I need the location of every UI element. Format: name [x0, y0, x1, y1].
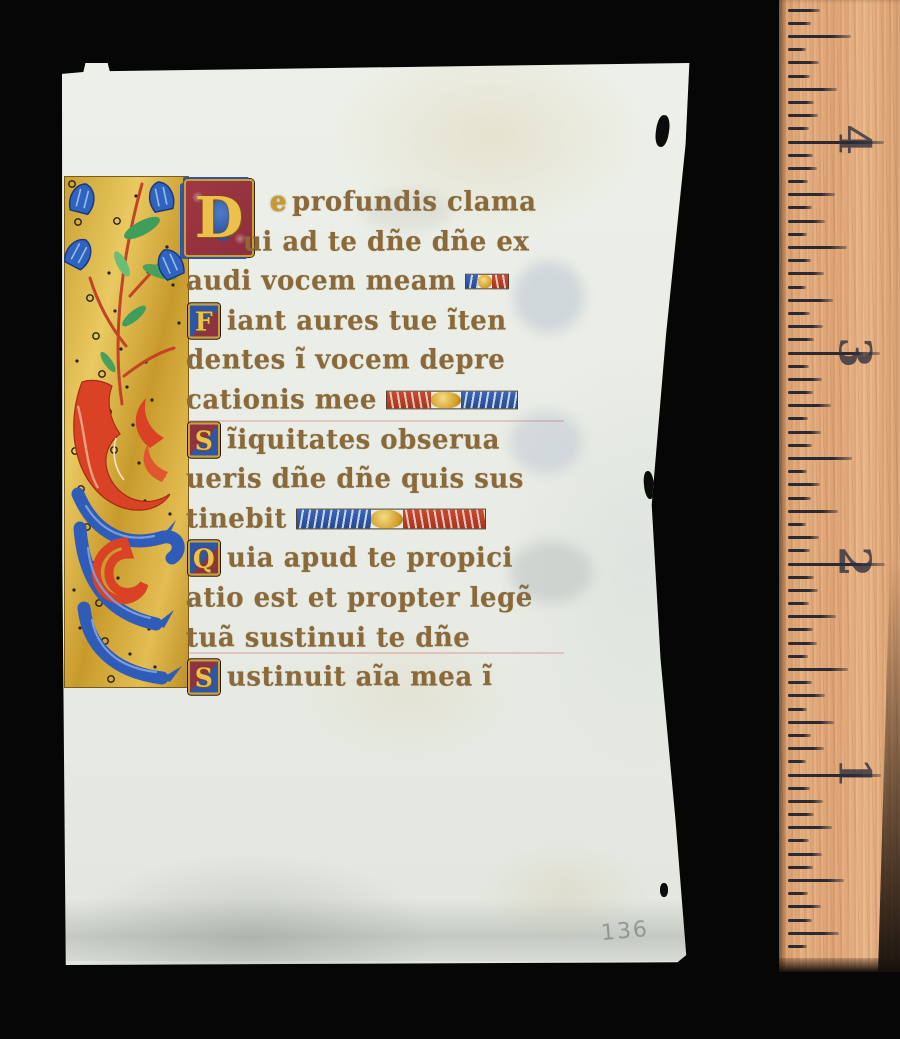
line-text: cationis mee — [186, 384, 377, 415]
manuscript-line-13: Sustinuit aĩa mea ĩ — [186, 656, 493, 698]
manuscript-line-9: tinebit — [186, 498, 486, 540]
ruler-tick — [788, 919, 812, 922]
ruler-tick — [788, 259, 811, 262]
manuscript-leaf: D eprofundis clamaui ad te dñe dñe exaud… — [62, 63, 690, 965]
filler-segment — [466, 274, 478, 288]
ruler-tick — [788, 417, 808, 420]
ruling-line — [186, 652, 564, 654]
ruler-tick — [788, 945, 807, 948]
ruler-tick — [788, 312, 810, 315]
ruler-tick — [788, 668, 848, 671]
ruler-tick — [788, 22, 811, 25]
ruler-tick — [788, 114, 818, 117]
ruler-tick — [788, 35, 851, 38]
illuminated-border — [64, 176, 189, 688]
manuscript-line-3: audi vocem meam — [186, 260, 509, 302]
ruler-tick — [788, 9, 820, 12]
ruler-tick — [788, 681, 812, 684]
ruler-tick — [788, 589, 818, 592]
manuscript-line-4: Fiant aures tue ĩten — [186, 300, 507, 342]
ruler-tick — [788, 246, 847, 249]
line-text: ueris dñe dñe quis sus — [186, 464, 524, 495]
ruler-tick — [788, 48, 806, 51]
ruler-tick — [788, 813, 814, 816]
ruler-tick — [788, 642, 817, 645]
line-text: atio est et propter legẽ — [186, 582, 533, 613]
line-filler — [386, 391, 518, 410]
ruler-tick — [788, 220, 825, 223]
ruling-line — [186, 420, 564, 422]
ruler-number-3: 3 — [829, 334, 880, 372]
manuscript-line-2: ui ad te dñe dñe ex — [186, 221, 529, 263]
manuscript-line-1: eprofundis clama — [186, 181, 536, 223]
ruler-number-4: 4 — [829, 121, 880, 159]
ruler-tick — [788, 708, 807, 711]
illuminated-initial-f: F — [188, 303, 220, 338]
ruler-tick — [788, 127, 809, 130]
line-text: tuã sustinui te dñe — [186, 622, 470, 653]
ruler-tick — [788, 206, 812, 209]
ruler-tick — [788, 932, 839, 935]
line-filler — [465, 273, 509, 289]
filler-segment — [431, 392, 461, 409]
ruler-tick — [788, 457, 852, 460]
ruler-tick — [788, 615, 836, 618]
ruler-number-1: 1 — [829, 754, 880, 792]
wooden-ruler: 4321 — [779, 0, 900, 972]
manuscript-line-7: Sĩiquitates obserua — [186, 419, 500, 461]
ruler-tick — [788, 272, 824, 275]
ruler-tick — [788, 826, 832, 829]
filler-segment — [492, 274, 508, 288]
line-text: ĩiquitates obserua — [227, 424, 500, 455]
filler-segment — [478, 274, 492, 288]
ruler-tick — [788, 101, 814, 104]
filler-segment — [297, 509, 371, 528]
ruler-tick — [788, 905, 821, 908]
gold-versal: e — [270, 186, 287, 217]
ruler-tick — [788, 154, 813, 157]
ruler-tick — [788, 655, 808, 658]
line-text: dentes ĩ vocem depre — [186, 345, 505, 376]
ruler-tick — [788, 892, 808, 895]
line-text: iant aures tue ĩten — [227, 305, 507, 336]
line-text: tinebit — [186, 503, 287, 534]
ruler-tick — [788, 721, 834, 724]
filler-segment — [387, 392, 431, 409]
ruler-tick — [788, 391, 813, 394]
ruler-tick — [788, 193, 835, 196]
edge-tear — [660, 883, 668, 897]
ruler-tick — [788, 800, 823, 803]
ruler-tick — [788, 75, 810, 78]
ruler-tick — [788, 378, 822, 381]
ruler-tick — [788, 444, 812, 447]
ruler-tick — [788, 497, 811, 500]
ruler-tick — [788, 233, 807, 236]
ruler-edge-shadow — [878, 560, 900, 972]
ruler-tick — [788, 470, 807, 473]
ruler-tick — [788, 879, 844, 882]
ruler-tick — [788, 576, 814, 579]
ruler-tick — [788, 510, 838, 513]
ruler-tick — [788, 180, 808, 183]
illuminated-initial-s: S — [188, 422, 220, 457]
ruler-tick — [788, 88, 837, 91]
ruler-tick — [788, 734, 811, 737]
floral-border-art — [64, 176, 189, 688]
illuminated-initial-q: Q — [188, 541, 220, 576]
edge-tear — [643, 471, 656, 500]
ruler-tick — [788, 866, 813, 869]
manuscript-line-11: atio est et propter legẽ — [186, 577, 533, 619]
ruler-number-2: 2 — [829, 543, 880, 581]
ruler-tick — [788, 549, 810, 552]
line-text: profundis clama — [292, 186, 536, 217]
manuscript-line-10: Quia apud te propici — [186, 538, 513, 580]
filler-segment — [403, 509, 485, 528]
ruler-tick — [788, 338, 814, 341]
edge-tear — [654, 114, 671, 147]
ruler-tick — [788, 431, 821, 434]
ruler-tick — [788, 523, 806, 526]
filler-segment — [461, 392, 517, 409]
ruler-tick — [788, 628, 813, 631]
illuminated-initial-s: S — [188, 660, 220, 695]
ruler-tick — [788, 787, 810, 790]
text-block: D eprofundis clamaui ad te dñe dñe exaud… — [186, 182, 578, 742]
line-text: uia apud te propici — [227, 543, 513, 574]
pencil-folio-number: 136 — [600, 917, 650, 946]
ruler-tick — [788, 286, 806, 289]
ruler-tick — [788, 760, 806, 763]
ruler-tick — [788, 536, 819, 539]
ruler-tick — [788, 404, 831, 407]
ruler-tick — [788, 325, 823, 328]
filler-segment — [371, 509, 403, 528]
ruler-tick — [788, 853, 822, 856]
ruler-tick — [788, 483, 820, 486]
ruler-tick — [788, 61, 819, 64]
ruler-tick — [788, 694, 825, 697]
manuscript-line-6: cationis mee — [186, 379, 518, 421]
ruler-tick — [788, 839, 809, 842]
ruler-tick — [788, 167, 817, 170]
manuscript-line-5: dentes ĩ vocem depre — [186, 340, 505, 382]
line-text: ui ad te dñe dñe ex — [243, 226, 529, 257]
line-filler — [296, 508, 486, 529]
manuscript-line-8: ueris dñe dñe quis sus — [186, 458, 524, 500]
ruler-tick — [788, 365, 809, 368]
line-text: audi vocem meam — [186, 266, 456, 297]
ruler-tick — [788, 299, 833, 302]
line-text: ustinuit aĩa mea ĩ — [227, 662, 493, 693]
ruler-tick — [788, 602, 809, 605]
ruler-tick — [788, 747, 824, 750]
